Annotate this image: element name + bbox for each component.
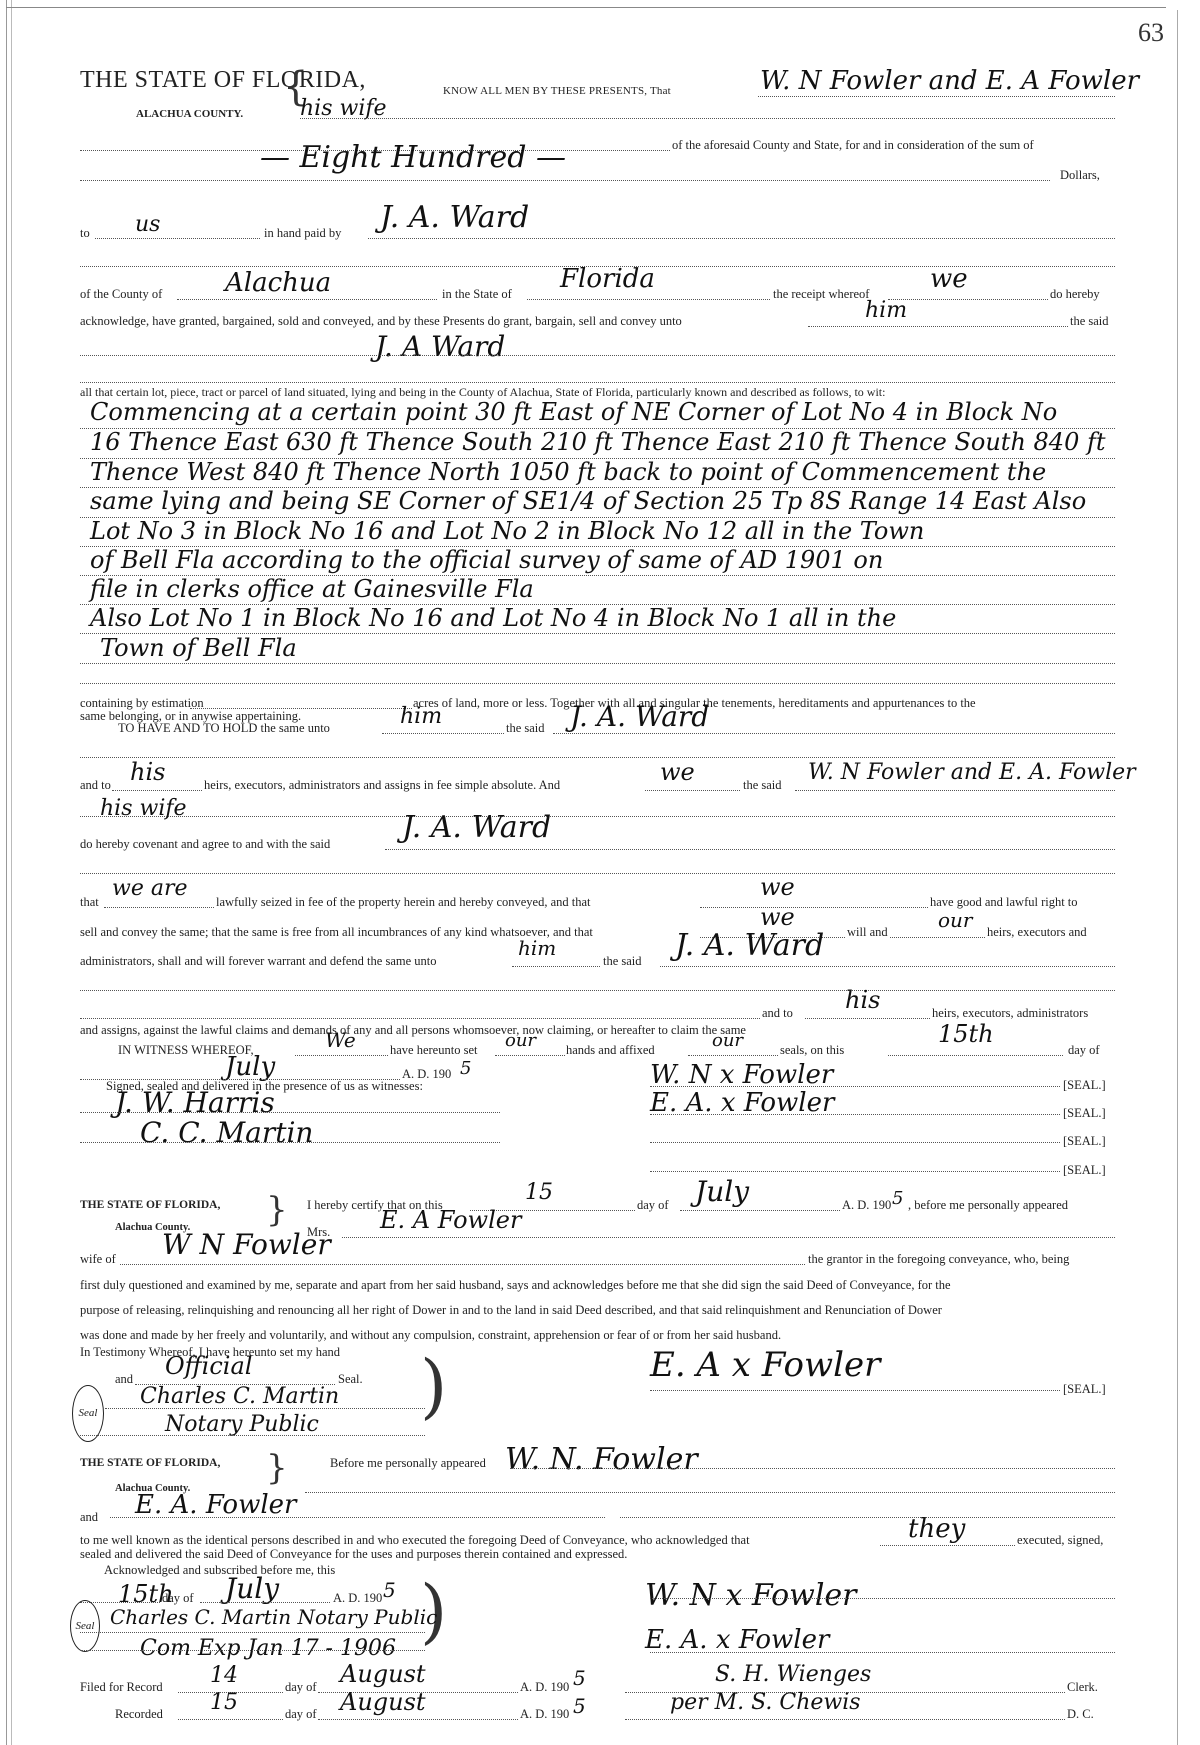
dower-signer-signature: E. A x Fowler <box>650 1345 880 1385</box>
day-of-label: day of <box>285 1680 317 1694</box>
notary-signature: Charles C. Martin <box>140 1384 339 1409</box>
warrant-text: administrators, shall and will forever w… <box>80 954 436 968</box>
fill-line <box>295 1055 388 1056</box>
fill-line <box>880 1545 1015 1546</box>
seal-label: [SEAL.] <box>1063 1382 1106 1396</box>
dower-body-line: was done and made by her freely and volu… <box>80 1328 781 1342</box>
notary-title: Notary Public <box>165 1412 319 1437</box>
fill-line <box>80 1632 425 1633</box>
covenant-grantee-handwritten: J. A. Ward <box>402 810 551 845</box>
the-said-label: the said <box>506 721 545 735</box>
fill-line <box>700 907 928 908</box>
fill-line <box>80 683 1115 684</box>
dower-month-handwritten: July <box>695 1175 749 1208</box>
ack-and-label: and <box>80 1510 98 1524</box>
page-border-right <box>1177 10 1178 1745</box>
that-label: that <box>80 895 99 909</box>
right-text: have good and lawful right to <box>930 895 1078 909</box>
filed-label: Filed for Record <box>80 1680 163 1694</box>
the-said-label: the said <box>603 954 642 968</box>
habendum-label: TO HAVE AND TO HOLD the same unto <box>118 721 330 735</box>
habendum-handwritten: him <box>400 704 442 729</box>
husband-handwritten: W N Fowler <box>162 1228 331 1261</box>
ack-body-line: sealed and delivered the said Deed of Co… <box>80 1547 627 1561</box>
ack-person1-handwritten: W. N. Fowler <box>505 1442 698 1477</box>
grantors-handwritten: W. N Fowler and E. A Fowler <box>760 66 1139 96</box>
receipt-handwritten: we <box>930 264 968 294</box>
the-said-label: the said <box>1070 314 1109 328</box>
description-line: Commencing at a certain point 30 ft East… <box>90 398 1057 426</box>
commission-expiry: Com Exp Jan 17 - 1906 <box>140 1636 396 1661</box>
and-to-label: and to <box>80 778 111 792</box>
fill-line <box>527 299 770 300</box>
seal-label: [SEAL.] <box>1063 1163 1106 1177</box>
warrant-unto-handwritten: him <box>518 936 556 960</box>
fill-line <box>645 790 740 791</box>
fill-line <box>342 1237 1115 1238</box>
fill-line <box>80 1142 500 1143</box>
brace: } <box>266 1190 288 1230</box>
description-line: Also Lot No 1 in Block No 16 and Lot No … <box>90 604 896 632</box>
ack-state-heading: THE STATE OF FLORIDA, <box>80 1456 220 1470</box>
paid-by-label: in hand paid by <box>264 226 341 240</box>
fill-line <box>80 1650 425 1651</box>
before-me-label: Before me personally appeared <box>330 1456 486 1470</box>
and-to-label: and to <box>762 1006 793 1020</box>
unto-handwritten: him <box>865 298 907 323</box>
recorded-label: Recorded <box>115 1707 163 1721</box>
fill-line <box>890 937 985 938</box>
heirs-executors-admin: heirs, executors, administrators <box>932 1006 1088 1020</box>
that-handwritten: we are <box>112 876 188 901</box>
description-line: Thence West 840 ft Thence North 1050 ft … <box>90 458 1046 486</box>
witness-year-handwritten: 5 <box>460 1058 471 1079</box>
description-line: file in clerks office at Gainesville Fla <box>90 575 534 603</box>
recorded-year-handwritten: 5 <box>573 1694 586 1718</box>
fill-line <box>105 1408 425 1409</box>
ack-notary-signature: Charles C. Martin Notary Public <box>110 1605 437 1629</box>
to-handwritten: us <box>135 212 160 237</box>
our-handwritten: our <box>938 908 972 932</box>
receipt-label: the receipt whereof <box>773 287 869 301</box>
state-handwritten: Florida <box>560 264 655 294</box>
dollars-label: Dollars, <box>1060 168 1100 182</box>
signature-line <box>650 1086 1060 1087</box>
fill-line <box>680 1210 840 1211</box>
grantor-text: the grantor in the foregoing conveyance,… <box>808 1252 1069 1266</box>
seal-label: [SEAL.] <box>1063 1134 1106 1148</box>
and-to-handwritten: his <box>130 758 165 786</box>
fill-line <box>95 238 260 239</box>
witness-our-handwritten: our <box>505 1030 536 1051</box>
and-to-his-handwritten: his <box>845 986 880 1014</box>
fill-line <box>385 849 1115 850</box>
signature-line <box>650 1390 1060 1391</box>
ack-month-handwritten: July <box>225 1572 279 1605</box>
ad-label: A. D. 190 <box>333 1591 382 1605</box>
fill-line <box>318 1719 518 1720</box>
fill-line <box>808 326 1068 327</box>
consideration-text: of the aforesaid County and State, for a… <box>672 138 1034 152</box>
fill-line <box>795 790 1115 791</box>
page-border-left <box>6 0 12 1745</box>
do-hereby-label: do hereby <box>1050 287 1100 301</box>
county-of-label: of the County of <box>80 287 162 301</box>
fill-line <box>110 1517 605 1518</box>
witness-we-handwritten: We <box>325 1028 356 1052</box>
fill-line <box>178 1719 283 1720</box>
fill-line <box>80 1435 425 1436</box>
fill-line <box>104 907 214 908</box>
state-heading: THE STATE OF FLORIDA, <box>80 73 366 87</box>
dower-body-line: first duly questioned and examined by me… <box>80 1278 951 1292</box>
hands-label: hands and affixed <box>566 1043 655 1057</box>
fill-line <box>888 299 1048 300</box>
signature-line <box>650 1598 1115 1599</box>
containing-label: containing by estimation <box>80 696 204 710</box>
ack-person2-handwritten: E. A. Fowler <box>135 1490 296 1520</box>
description-line: Town of Bell Fla <box>100 634 297 662</box>
ad-label: A. D. 190 <box>520 1680 569 1694</box>
that2-handwritten: we <box>760 873 795 901</box>
claims-text: and assigns, against the lawful claims a… <box>80 1023 746 1037</box>
signature-line <box>650 1142 1060 1143</box>
fill-line <box>80 180 1050 181</box>
day-of-label: day of <box>285 1707 317 1721</box>
day-of-label: day of <box>637 1198 669 1212</box>
deputy-clerk-signature: per M. S. Chewis <box>670 1690 861 1715</box>
fill-line <box>688 1055 778 1056</box>
state-of-label: in the State of <box>442 287 512 301</box>
habendum-grantee-handwritten: J. A. Ward <box>570 700 709 733</box>
signature-line <box>625 1719 1065 1720</box>
fill-line <box>553 733 1115 734</box>
and-label: and <box>115 1372 133 1386</box>
heirs-grantors-handwritten: W. N Fowler and E. A. Fowler <box>808 760 1136 785</box>
county-handwritten: Alachua <box>225 268 331 298</box>
they-handwritten: they <box>908 1514 965 1544</box>
mrs-handwritten: E. A Fowler <box>380 1206 521 1234</box>
fill-line <box>620 1517 1115 1518</box>
wife-of-label: wife of <box>80 1252 116 1266</box>
brace: ) <box>420 1345 447 1427</box>
ack-signer-signature: W. N x Fowler <box>645 1578 857 1613</box>
subscribed-text: Acknowledged and subscribed before me, t… <box>104 1563 335 1577</box>
ack-signer-signature: E. A. x Fowler <box>645 1625 829 1655</box>
personally-appeared-text: , before me personally appeared <box>908 1198 1068 1212</box>
clerk-label: Clerk. <box>1067 1680 1098 1694</box>
witness-signature: J. W. Harris <box>115 1086 275 1119</box>
ack-year-handwritten: 5 <box>383 1578 396 1602</box>
recorded-month-handwritten: August <box>340 1688 426 1716</box>
ad-label: A. D. 190 <box>520 1707 569 1721</box>
dower-day-handwritten: 15 <box>525 1180 553 1205</box>
deputy-clerk-label: D. C. <box>1067 1707 1094 1721</box>
heirs-executors-text: heirs, executors and <box>987 925 1087 939</box>
fill-line <box>80 873 1115 874</box>
will-and-label: will and <box>847 925 888 939</box>
dower-body-line: purpose of releasing, relinquishing and … <box>80 1303 942 1317</box>
day-of-label: day of <box>162 1591 194 1605</box>
ack-body-line: to me well known as the identical person… <box>80 1533 750 1547</box>
description-intro: all that certain lot, piece, tract or pa… <box>80 385 885 399</box>
filed-month-handwritten: August <box>340 1660 426 1688</box>
fill-line <box>80 663 1115 664</box>
fill-line <box>80 1112 500 1113</box>
know-all-men-text: KNOW ALL MEN BY THESE PRESENTS, That <box>443 84 671 98</box>
page-border-top <box>6 7 1166 8</box>
fill-line <box>177 299 437 300</box>
sell-text: sell and convey the same; that the same … <box>80 925 593 939</box>
seal-word: Seal. <box>338 1372 363 1386</box>
fill-line <box>80 816 1115 817</box>
signature-line <box>650 1171 1060 1172</box>
convey-text: acknowledge, have granted, bargained, so… <box>80 314 682 328</box>
signature-line <box>650 1114 1060 1115</box>
covenant-text: do hereby covenant and agree to and with… <box>80 837 330 851</box>
description-line: Lot No 3 in Block No 16 and Lot No 2 in … <box>90 517 924 545</box>
fill-line <box>80 355 1115 356</box>
day-of-label: day of <box>1068 1043 1100 1057</box>
fill-line <box>512 966 600 967</box>
filed-day-handwritten: 14 <box>210 1663 238 1688</box>
description-line: of Bell Fla according to the official su… <box>90 546 883 574</box>
have-set-label: have hereunto set <box>390 1043 477 1057</box>
witness-month-handwritten: July <box>225 1052 275 1082</box>
warrant-grantee-handwritten: J. A. Ward <box>675 928 824 963</box>
executed-text: executed, signed, <box>1017 1533 1103 1547</box>
dower-state-heading: THE STATE OF FLORIDA, <box>80 1198 220 1212</box>
witness-day-handwritten: 15th <box>938 1020 994 1048</box>
fill-line <box>300 118 1115 119</box>
witness-signature: C. C. Martin <box>140 1116 313 1149</box>
fill-line <box>112 790 202 791</box>
clerk-signature: S. H. Wienges <box>715 1662 871 1687</box>
heirs-his-wife-handwritten: his wife <box>100 796 187 821</box>
seal-label: [SEAL.] <box>1063 1106 1106 1120</box>
fill-line <box>120 1264 805 1265</box>
page-number: 63 <box>1138 18 1164 48</box>
recorded-day-handwritten: 15 <box>210 1690 238 1715</box>
fill-line <box>80 382 1115 383</box>
fill-line <box>495 1055 565 1056</box>
to-label: to <box>80 226 90 240</box>
grantee-handwritten: J. A Ward <box>375 330 505 363</box>
the-said-label: the said <box>743 778 782 792</box>
sell-that-handwritten: we <box>760 903 795 931</box>
seized-text: lawfully seized in fee of the property h… <box>216 895 591 909</box>
brace: } <box>266 1448 288 1488</box>
ad-label: A. D. 190 <box>842 1198 891 1212</box>
fill-line <box>382 733 504 734</box>
fill-line <box>200 1602 330 1603</box>
fill-line <box>368 238 1115 239</box>
amount-handwritten: — Eight Hundred — <box>260 140 566 175</box>
notary-seal-mark: Seal <box>72 1385 104 1442</box>
heirs-text: heirs, executors, administrators and ass… <box>204 778 560 792</box>
fill-line <box>888 1055 1063 1056</box>
fill-line <box>80 990 1115 991</box>
fill-line <box>510 1468 1115 1469</box>
seal-label: [SEAL.] <box>1063 1078 1106 1092</box>
paid-by-handwritten: J. A. Ward <box>380 200 529 235</box>
seals-label: seals, on this <box>780 1043 844 1057</box>
fill-line <box>758 96 1115 97</box>
notary-seal-mark: Seal <box>70 1600 100 1652</box>
official-handwritten: Official <box>165 1352 252 1380</box>
fill-line <box>80 1018 760 1019</box>
fill-line <box>805 1018 930 1019</box>
witness-our2-handwritten: our <box>712 1030 743 1051</box>
fill-line <box>305 1492 1115 1493</box>
filed-year-handwritten: 5 <box>573 1666 586 1690</box>
and-handwritten: we <box>660 758 695 786</box>
county-heading: ALACHUA COUNTY. <box>136 107 243 121</box>
signature-line <box>650 1652 1115 1653</box>
fill-line <box>660 966 1115 967</box>
dower-year-handwritten: 5 <box>892 1188 903 1209</box>
description-line: 16 Thence East 630 ft Thence South 210 f… <box>90 428 1106 456</box>
fill-line <box>80 757 1115 758</box>
description-line: same lying and being SE Corner of SE1/4 … <box>90 487 1086 515</box>
